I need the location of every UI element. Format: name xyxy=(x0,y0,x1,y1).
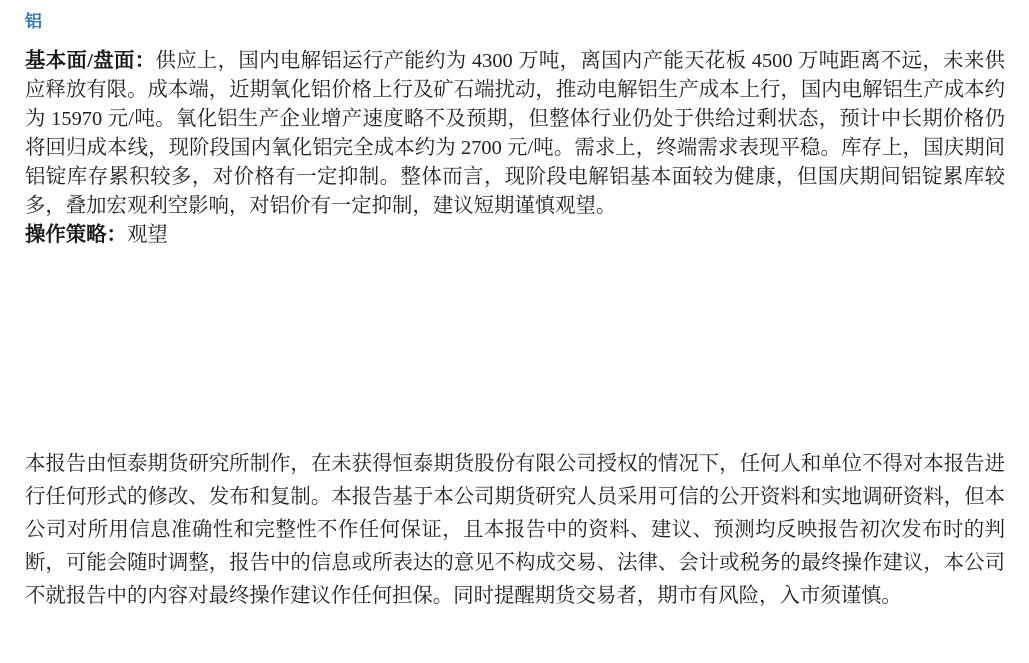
fundamentals-text: 供应上，国内电解铝运行产能约为 4300 万吨，离国内产能天花板 4500 万吨… xyxy=(25,50,1005,217)
strategy-line: 操作策略：观望 xyxy=(25,221,1005,250)
disclaimer-paragraph: 本报告由恒泰期货研究所制作，在未获得恒泰期货股份有限公司授权的情况下，任何人和单… xyxy=(25,448,1005,613)
strategy-label: 操作策略： xyxy=(25,224,127,246)
strategy-value: 观望 xyxy=(127,224,168,246)
report-page: { "colors": { "heading_blue": "#2E74B5",… xyxy=(0,0,1029,663)
report-document: 铝 基本面/盘面：供应上，国内电解铝运行产能约为 4300 万吨，离国内产能天花… xyxy=(0,0,1029,663)
fundamentals-paragraph: 基本面/盘面：供应上，国内电解铝运行产能约为 4300 万吨，离国内产能天花板 … xyxy=(25,47,1005,221)
section-title: 铝 xyxy=(25,10,1005,34)
fundamentals-label: 基本面/盘面： xyxy=(25,50,155,72)
